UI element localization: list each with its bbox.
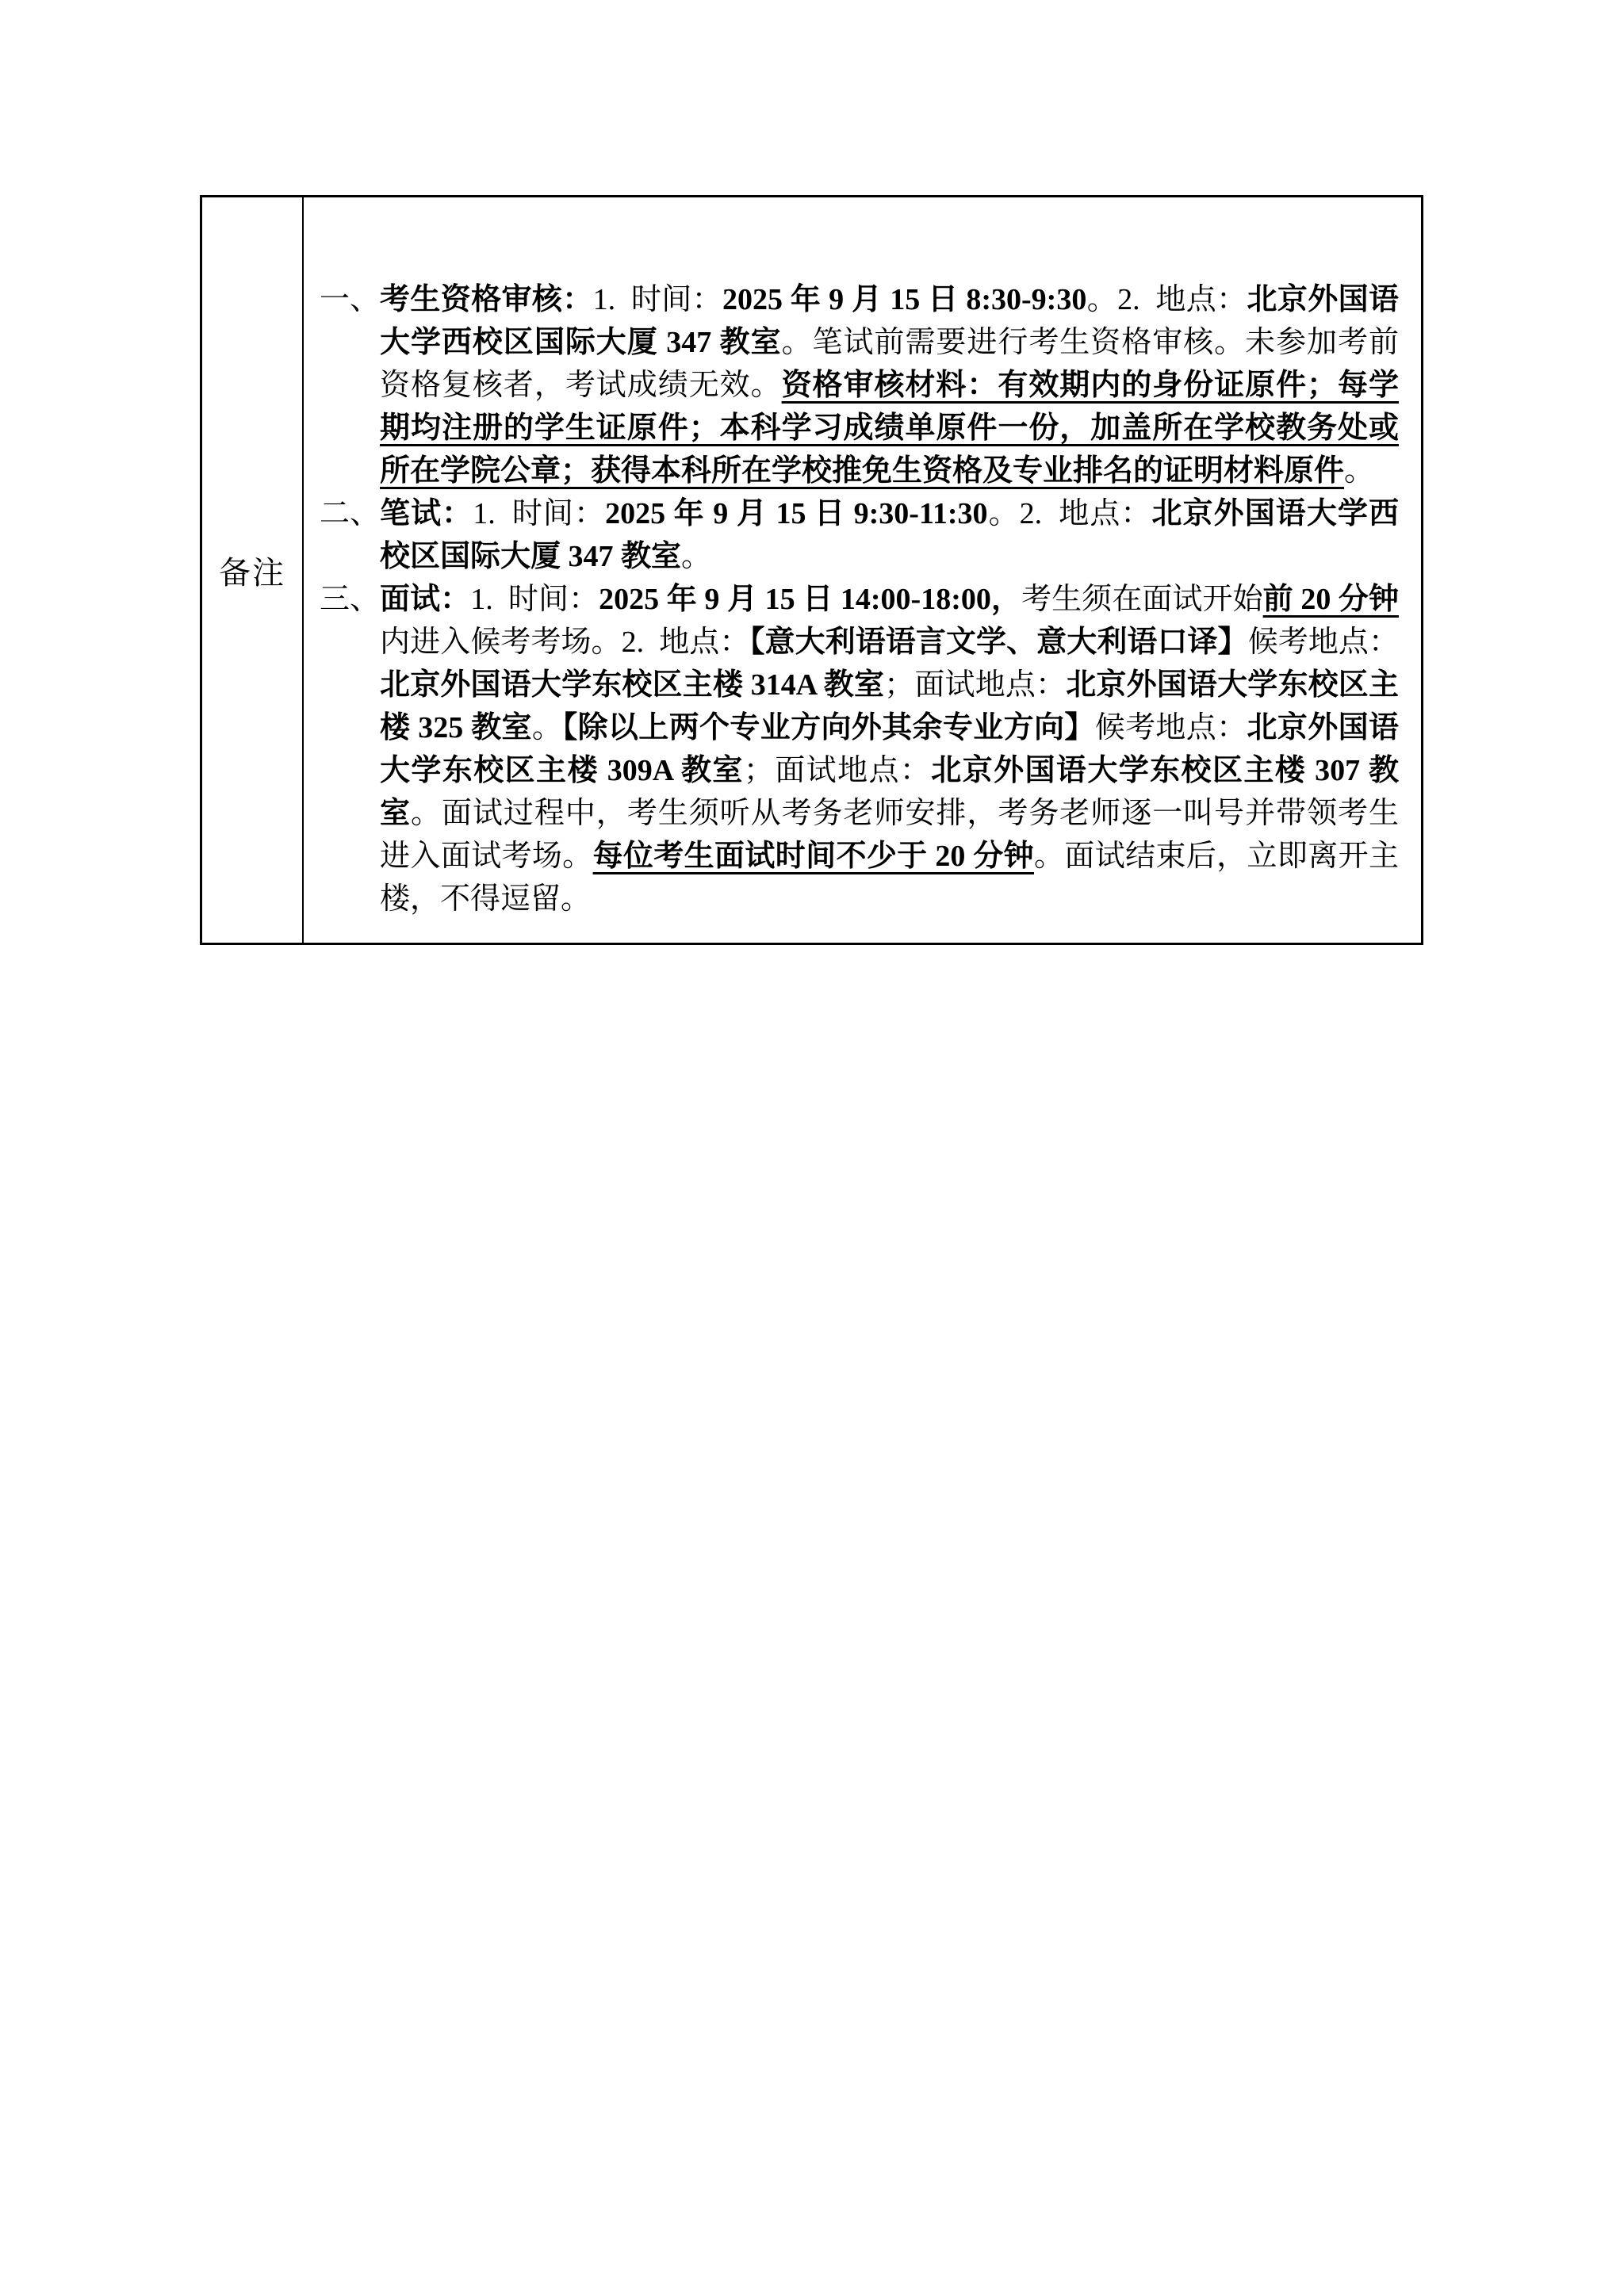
row-label: 备注	[219, 548, 285, 593]
text-run: 每位考生面试时间不少于 20 分钟	[593, 840, 1034, 873]
text-run: 。2. 地点：	[988, 497, 1152, 530]
remark-item: 三、面试：1. 时间：2025 年 9 月 15 日 14:00-18:00，考…	[320, 578, 1399, 920]
item-text: 面试：1. 时间：2025 年 9 月 15 日 14:00-18:00，考生须…	[380, 578, 1399, 920]
text-run: 1. 时间：	[593, 283, 722, 316]
text-run: 候考地点：	[1095, 711, 1247, 744]
text-run: ；面试地点：	[744, 754, 931, 787]
row-label-cell: 备注	[202, 197, 304, 943]
remarks-table: 备注 一、考生资格审核：1. 时间：2025 年 9 月 15 日 8:30-9…	[200, 195, 1423, 945]
text-run: 考生资格审核：	[380, 283, 593, 316]
text-run: 北京外国语大学东校区主楼 314A 教室	[380, 668, 884, 702]
item-marker: 三、	[320, 578, 380, 621]
text-run: 。2. 地点：	[1086, 283, 1247, 316]
text-run: 【意大利语语言文学、意大利语口译】	[749, 626, 1247, 659]
text-run: 2025 年 9 月 15 日 9:30-11:30	[605, 497, 987, 530]
text-run: 。	[532, 711, 562, 744]
item-text: 笔试：1. 时间：2025 年 9 月 15 日 9:30-11:30。2. 地…	[380, 492, 1399, 578]
text-run: 。	[681, 540, 711, 573]
remarks-content-cell: 一、考生资格审核：1. 时间：2025 年 9 月 15 日 8:30-9:30…	[304, 197, 1421, 943]
remark-item: 一、考生资格审核：1. 时间：2025 年 9 月 15 日 8:30-9:30…	[320, 278, 1399, 492]
text-run: 面试：	[380, 583, 470, 616]
text-run: 前 20 分钟	[1263, 583, 1399, 616]
text-run: 2025 年 9 月 15 日 14:00-18:00，	[599, 583, 1021, 616]
item-marker: 二、	[320, 492, 380, 535]
text-run: 1. 时间：	[470, 583, 599, 616]
text-run: 1. 时间：	[473, 497, 605, 530]
text-run: 内进入候考考场。2. 地点：	[380, 626, 749, 659]
text-run: 【除以上两个专业方向外其余专业方向】	[562, 711, 1095, 744]
text-run: 考生须在面试开始	[1021, 583, 1263, 616]
remark-item: 二、笔试：1. 时间：2025 年 9 月 15 日 9:30-11:30。2.…	[320, 492, 1399, 578]
text-run: ；面试地点：	[884, 668, 1066, 702]
text-run: 候考地点：	[1248, 626, 1399, 659]
text-run: 2025 年 9 月 15 日 8:30-9:30	[722, 283, 1086, 316]
item-marker: 一、	[320, 278, 380, 321]
text-run: 笔试：	[380, 497, 473, 530]
item-text: 考生资格审核：1. 时间：2025 年 9 月 15 日 8:30-9:30。2…	[380, 278, 1399, 492]
text-run: 。	[1344, 454, 1374, 488]
